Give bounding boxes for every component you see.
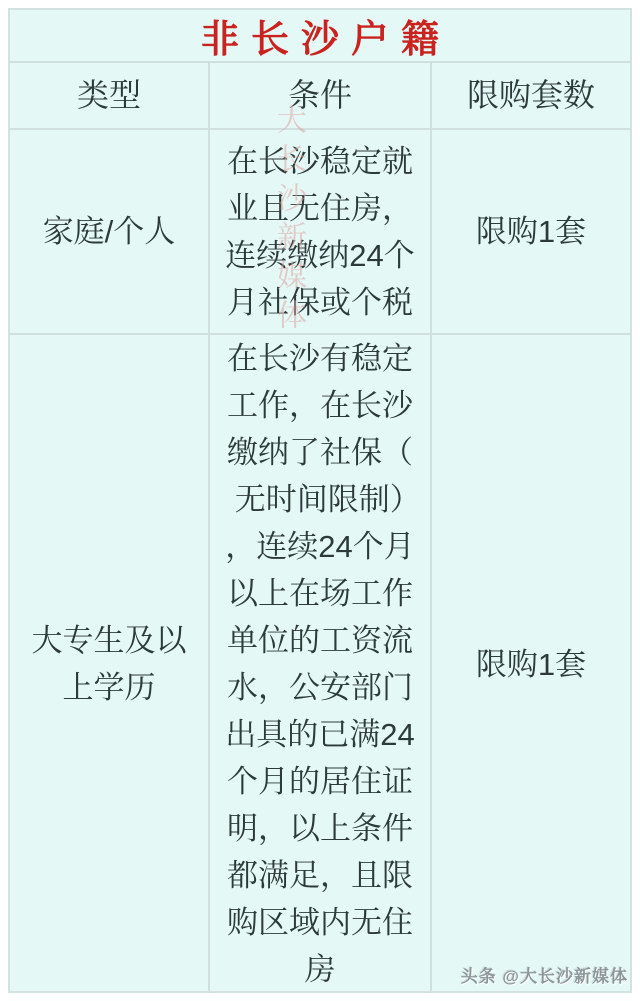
- toutiao-account-watermark: 头条 @大长沙新媒体: [461, 962, 628, 987]
- cell-condition-family-individual: 在长沙稳定就业且无住房，连续缴纳24个月社保或个税: [210, 130, 432, 333]
- cell-type-family-individual: 家庭/个人: [10, 130, 210, 333]
- next-section-partial-row: [8, 993, 632, 1001]
- cell-condition-college-graduate: 在长沙有稳定工作，在长沙缴纳了社保（无时间限制），连续24个月以上在场工作单位的…: [210, 335, 432, 993]
- table-row-college-graduate: 大专生及以上学历 在长沙有稳定工作，在长沙缴纳了社保（无时间限制），连续24个月…: [10, 335, 630, 993]
- cell-type-college-graduate: 大专生及以上学历: [10, 335, 210, 993]
- table-title: 非长沙户籍: [10, 10, 630, 63]
- header-condition: 条件: [210, 63, 432, 128]
- cell-limit-family-individual: 限购1套: [432, 130, 630, 333]
- header-limit-count: 限购套数: [432, 63, 630, 128]
- purchase-restriction-table: 非长沙户籍 类型 条件 限购套数 家庭/个人 在长沙稳定就业且无住房，连续缴纳2…: [8, 8, 632, 993]
- table-header-row: 类型 条件 限购套数: [10, 63, 630, 130]
- table-row-family-individual: 家庭/个人 在长沙稳定就业且无住房，连续缴纳24个月社保或个税 限购1套: [10, 130, 630, 335]
- header-type: 类型: [10, 63, 210, 128]
- cell-limit-college-graduate: 限购1套: [432, 335, 630, 993]
